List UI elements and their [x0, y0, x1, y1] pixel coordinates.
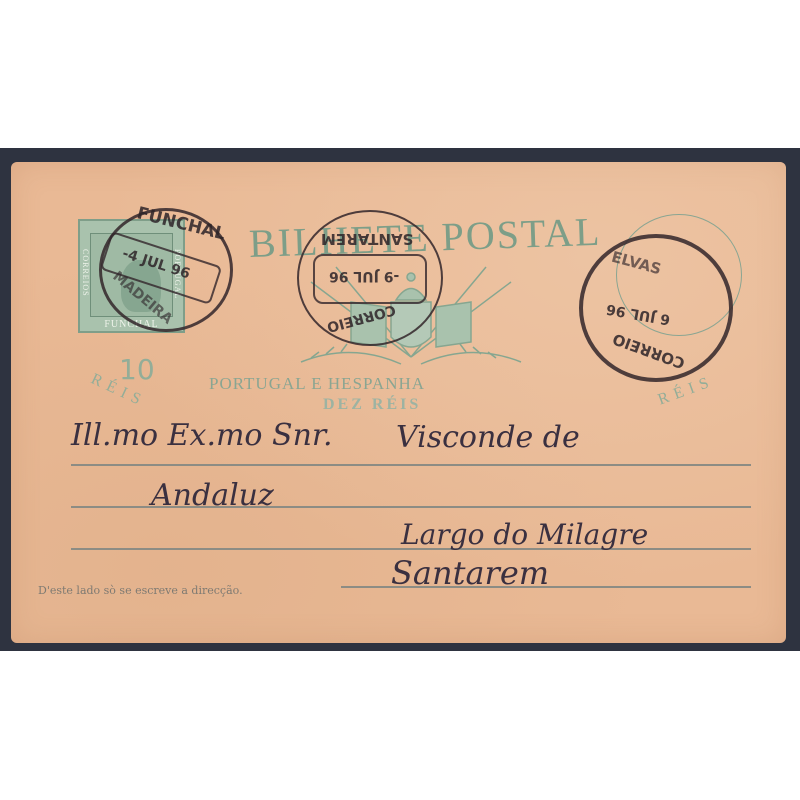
card-subtitle: PORTUGAL E HESPANHA	[209, 374, 425, 394]
stamp-side-left: CORREIOS	[81, 249, 90, 297]
postmark-santarem-town: SANTAREM	[321, 230, 413, 248]
value-number: 10	[119, 353, 155, 386]
card-value-text: DEZ RÉIS	[323, 396, 421, 414]
address-city: Santarem	[391, 554, 549, 592]
address-line-3-text: Largo do Milagre	[401, 518, 648, 551]
address-line-2-text: Andaluz	[151, 478, 274, 513]
postal-card: CORREIOS PORTUGAL FUNCHAL BILHETE POSTAL…	[11, 162, 786, 643]
address-line-1	[71, 464, 751, 466]
footer-note: D'este lado sò se escreve a direcção.	[38, 584, 243, 597]
postmark-santarem-date: -9 JUL 96	[329, 268, 399, 284]
address-salutation: Ill.mo Ex.mo Snr.	[71, 418, 332, 453]
address-name: Visconde de	[396, 420, 580, 455]
